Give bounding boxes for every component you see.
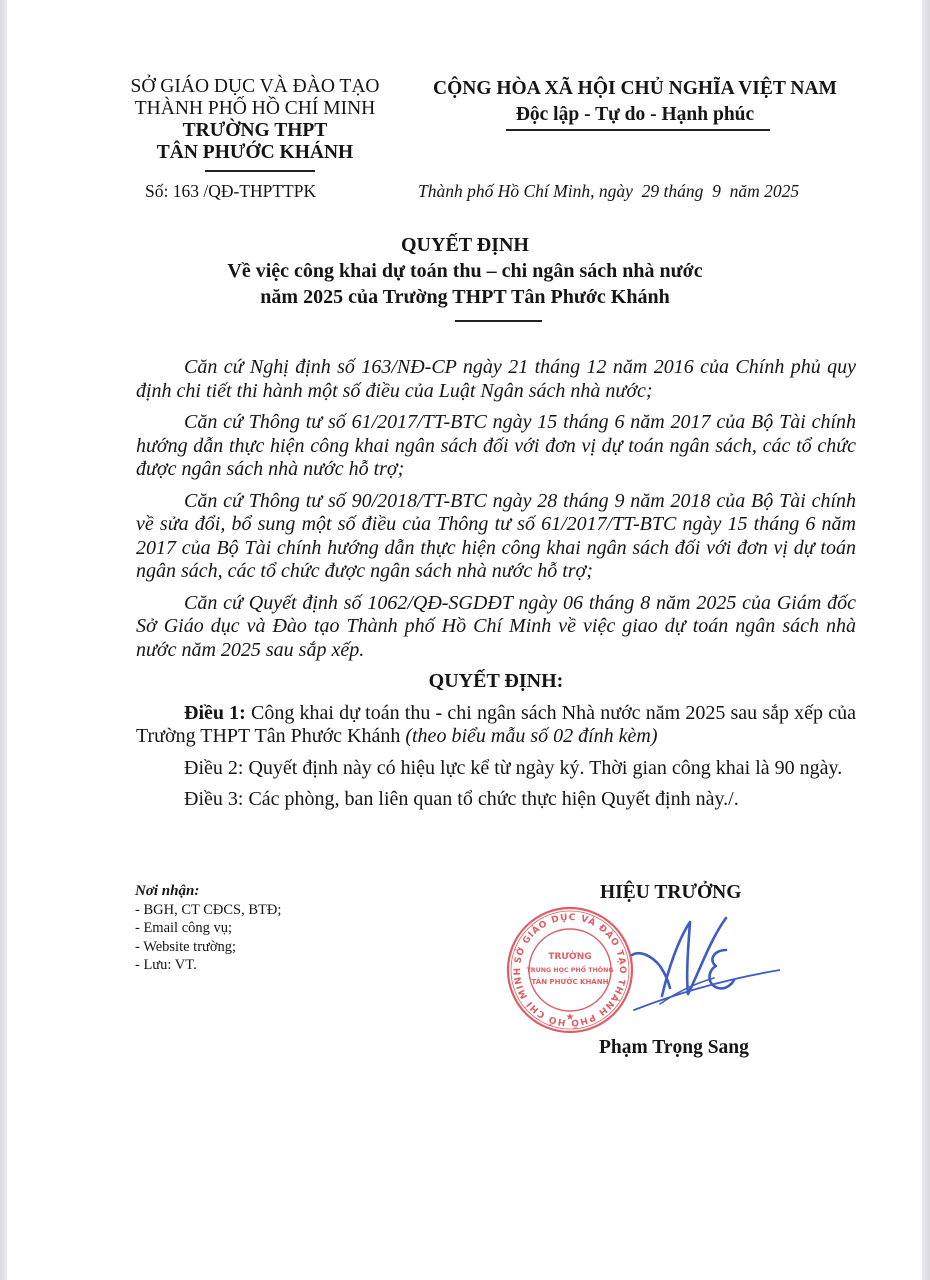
page-edge-right bbox=[922, 0, 930, 1280]
title-subject-1: Về việc công khai dự toán thu – chi ngân… bbox=[0, 258, 930, 284]
school-line-1: TRƯỜNG THPT bbox=[120, 120, 390, 142]
org-line-2: THÀNH PHỐ HỒ CHÍ MINH bbox=[120, 98, 390, 120]
national-motto: CỘNG HÒA XÃ HỘI CHỦ NGHĨA VIỆT NAM Độc l… bbox=[410, 76, 860, 128]
legal-basis: Căn cứ Thông tư số 61/2017/TT-BTC ngày 1… bbox=[136, 411, 856, 482]
recipient-item: - BGH, CT CĐCS, BTĐ; bbox=[135, 901, 281, 920]
signature-icon bbox=[630, 910, 780, 1025]
issuing-authority: SỞ GIÁO DỤC VÀ ĐÀO TẠO THÀNH PHỐ HỒ CHÍ … bbox=[120, 76, 390, 164]
svg-text:TRƯỜNG: TRƯỜNG bbox=[548, 950, 591, 962]
article-3: Điều 3: Các phòng, ban liên quan tổ chức… bbox=[136, 788, 856, 812]
authority-underline bbox=[205, 170, 315, 172]
title-rule bbox=[455, 320, 542, 322]
title-subject-2: năm 2025 của Trường THPT Tân Phước Khánh bbox=[0, 284, 930, 310]
document-title: QUYẾT ĐỊNH Về việc công khai dự toán thu… bbox=[0, 232, 930, 310]
recipients-label: Nơi nhận: bbox=[135, 882, 281, 901]
article-text: Quyết định này có hiệu lực kể từ ngày ký… bbox=[243, 757, 842, 779]
article-label: Điều 1: bbox=[184, 702, 246, 724]
recipient-item: - Email công vụ; bbox=[135, 919, 281, 938]
article-label: Điều 3: bbox=[184, 788, 243, 810]
article-2: Điều 2: Quyết định này có hiệu lực kể từ… bbox=[136, 757, 856, 781]
motto-underline bbox=[506, 129, 770, 131]
decision-heading: QUYẾT ĐỊNH: bbox=[136, 670, 856, 694]
svg-text:TÂN PHƯỚC KHÁNH: TÂN PHƯỚC KHÁNH bbox=[532, 977, 609, 986]
document-number: Số: 163 /QĐ-THPTTPK bbox=[145, 181, 316, 202]
title-heading: QUYẾT ĐỊNH bbox=[0, 232, 930, 258]
document-body: Căn cứ Nghị định số 163/NĐ-CP ngày 21 th… bbox=[136, 356, 856, 820]
official-stamp-icon: SỞ GIÁO DỤC VÀ ĐÀO TẠO THÀNH PHỐ HỒ CHÍ … bbox=[505, 905, 635, 1035]
svg-text:★: ★ bbox=[566, 1012, 575, 1023]
article-text: Các phòng, ban liên quan tổ chức thực hi… bbox=[243, 788, 738, 810]
signer-name: Phạm Trọng Sang bbox=[599, 1037, 749, 1059]
svg-text:TRUNG HỌC PHỔ THÔNG: TRUNG HỌC PHỔ THÔNG bbox=[526, 964, 613, 974]
place-date: Thành phố Hồ Chí Minh, ngày 29 tháng 9 n… bbox=[418, 181, 799, 202]
recipient-item: - Website trường; bbox=[135, 938, 281, 957]
article-label: Điều 2: bbox=[184, 757, 243, 779]
recipients: Nơi nhận: - BGH, CT CĐCS, BTĐ; - Email c… bbox=[135, 882, 281, 975]
nation-line-1: CỘNG HÒA XÃ HỘI CHỦ NGHĨA VIỆT NAM bbox=[410, 76, 860, 102]
legal-basis: Căn cứ Quyết định số 1062/QĐ-SGDĐT ngày … bbox=[136, 592, 856, 663]
school-line-2: TÂN PHƯỚC KHÁNH bbox=[120, 142, 390, 164]
article-1: Điều 1: Công khai dự toán thu - chi ngân… bbox=[136, 702, 856, 749]
legal-basis: Căn cứ Nghị định số 163/NĐ-CP ngày 21 th… bbox=[136, 356, 856, 403]
page-edge-left bbox=[0, 0, 7, 1280]
recipient-item: - Lưu: VT. bbox=[135, 956, 281, 975]
nation-line-2: Độc lập - Tự do - Hạnh phúc bbox=[410, 102, 860, 128]
article-note: (theo biểu mẫu số 02 đính kèm) bbox=[405, 725, 657, 747]
legal-basis: Căn cứ Thông tư số 90/2018/TT-BTC ngày 2… bbox=[136, 490, 856, 584]
org-line-1: SỞ GIÁO DỤC VÀ ĐÀO TẠO bbox=[120, 76, 390, 98]
signer-title: HIỆU TRƯỞNG bbox=[600, 882, 741, 904]
